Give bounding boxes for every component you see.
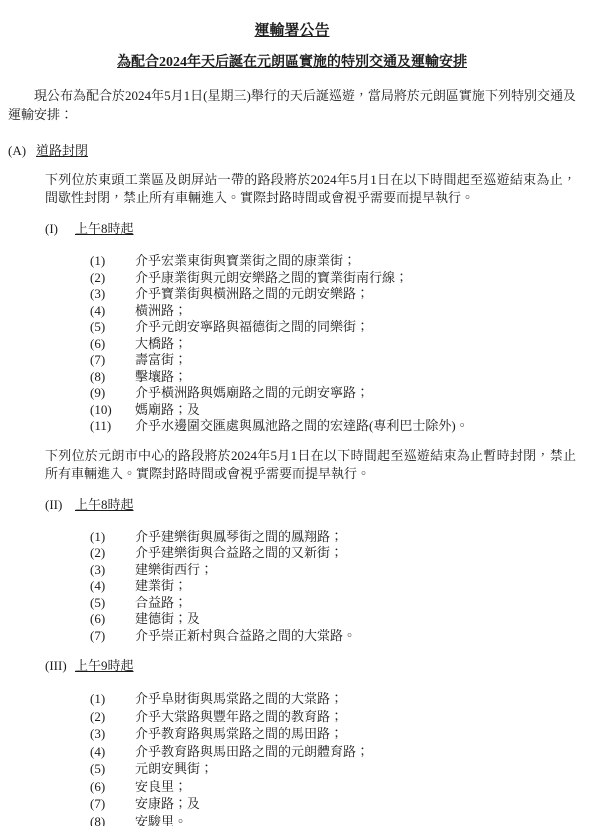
item-text: 介乎橫洲路與媽廟路之間的元朗安寧路； bbox=[135, 385, 576, 402]
item-number: (5) bbox=[90, 595, 135, 612]
item-text: 介乎水邊圍交匯處與鳳池路之間的宏達路(專利巴士除外)。 bbox=[135, 418, 576, 435]
item-number: (1) bbox=[90, 529, 135, 546]
item-text: 介乎大棠路與豐年路之間的教育路； bbox=[135, 708, 576, 726]
item-text: 建樂街西行； bbox=[135, 562, 576, 579]
road-item: (2)介乎康業街與元朗安樂路之間的寶業街南行線； bbox=[90, 270, 576, 287]
item-text: 介乎宏業東街與寶業街之間的康業街； bbox=[135, 253, 576, 270]
road-item: (9)介乎橫洲路與媽廟路之間的元朗安寧路； bbox=[90, 385, 576, 402]
road-item: (4)介乎教育路與馬田路之間的元朗體育路； bbox=[90, 743, 576, 761]
item-number: (4) bbox=[90, 743, 135, 761]
road-item: (6)建德街；及 bbox=[90, 611, 576, 628]
road-list-1: (1)介乎宏業東街與寶業街之間的康業街；(2)介乎康業街與元朗安樂路之間的寶業街… bbox=[90, 253, 576, 435]
item-number: (10) bbox=[90, 402, 135, 419]
road-item: (8)安駿里。 bbox=[90, 813, 576, 826]
item-number: (4) bbox=[90, 578, 135, 595]
road-item: (5)介乎元朗安寧路與福德街之間的同樂街； bbox=[90, 319, 576, 336]
item-text: 媽廟路；及 bbox=[135, 402, 576, 419]
notice-document: 運輸署公告 為配合2024年天后誕在元朗區實施的特別交通及運輸安排 現公布為配合… bbox=[0, 0, 590, 826]
subsection-1-header: (I)上午8時起 bbox=[45, 221, 576, 237]
item-text: 安駿里。 bbox=[135, 813, 576, 826]
item-number: (5) bbox=[90, 760, 135, 778]
road-closure-note-1: 下列位於東頭工業區及朗屏站一帶的路段將於2024年5月1日在以下時間起至巡遊結束… bbox=[45, 171, 576, 207]
item-text: 大橋路； bbox=[135, 336, 576, 353]
road-item: (3)建樂街西行； bbox=[90, 562, 576, 579]
road-item: (2)介乎建樂街與合益路之間的又新街； bbox=[90, 545, 576, 562]
item-number: (2) bbox=[90, 708, 135, 726]
road-item: (2)介乎大棠路與豐年路之間的教育路； bbox=[90, 708, 576, 726]
road-item: (7)安康路；及 bbox=[90, 795, 576, 813]
item-text: 介乎阜財街與馬棠路之間的大棠路； bbox=[135, 690, 576, 708]
item-text: 擊壤路； bbox=[135, 369, 576, 386]
item-text: 介乎教育路與馬棠路之間的馬田路； bbox=[135, 725, 576, 743]
road-item: (11)介乎水邊圍交匯處與鳳池路之間的宏達路(專利巴士除外)。 bbox=[90, 418, 576, 435]
item-number: (7) bbox=[90, 628, 135, 645]
road-item: (1)介乎宏業東街與寶業街之間的康業街； bbox=[90, 253, 576, 270]
item-number: (11) bbox=[90, 418, 135, 435]
road-item: (4)建業街； bbox=[90, 578, 576, 595]
item-number: (4) bbox=[90, 303, 135, 320]
item-text: 建業街； bbox=[135, 578, 576, 595]
item-number: (6) bbox=[90, 778, 135, 796]
section-a-label: (A) bbox=[8, 143, 36, 159]
item-number: (3) bbox=[90, 725, 135, 743]
page-title: 運輸署公告 bbox=[8, 22, 576, 41]
item-text: 元朗安興街； bbox=[135, 760, 576, 778]
item-number: (1) bbox=[90, 253, 135, 270]
road-item: (6)大橋路； bbox=[90, 336, 576, 353]
item-number: (2) bbox=[90, 545, 135, 562]
item-text: 介乎元朗安寧路與福德街之間的同樂街； bbox=[135, 319, 576, 336]
road-list-2: (1)介乎建樂街與鳳琴街之間的鳳翔路；(2)介乎建樂街與合益路之間的又新街；(3… bbox=[90, 529, 576, 645]
item-number: (2) bbox=[90, 270, 135, 287]
subsection-2-header: (II)上午8時起 bbox=[45, 497, 576, 513]
item-text: 介乎教育路與馬田路之間的元朗體育路； bbox=[135, 743, 576, 761]
item-number: (9) bbox=[90, 385, 135, 402]
road-item: (4)橫洲路； bbox=[90, 303, 576, 320]
section-a-header: (A)道路封閉 bbox=[8, 143, 576, 159]
subsection-2-label: (II) bbox=[45, 497, 75, 513]
item-text: 介乎寶業街與橫洲路之間的元朗安樂路； bbox=[135, 286, 576, 303]
road-item: (5)元朗安興街； bbox=[90, 760, 576, 778]
page-subtitle: 為配合2024年天后誕在元朗區實施的特別交通及運輸安排 bbox=[8, 55, 576, 71]
subsection-2-heading: 上午8時起 bbox=[75, 497, 134, 512]
road-item: (7)壽富街； bbox=[90, 352, 576, 369]
subsection-1-heading: 上午8時起 bbox=[75, 221, 134, 236]
item-text: 壽富街； bbox=[135, 352, 576, 369]
item-text: 介乎建樂街與鳳琴街之間的鳳翔路； bbox=[135, 529, 576, 546]
item-number: (3) bbox=[90, 562, 135, 579]
road-item: (3)介乎教育路與馬棠路之間的馬田路； bbox=[90, 725, 576, 743]
item-text: 建德街；及 bbox=[135, 611, 576, 628]
road-item: (1)介乎阜財街與馬棠路之間的大棠路； bbox=[90, 690, 576, 708]
road-item: (5)合益路； bbox=[90, 595, 576, 612]
road-item: (10)媽廟路；及 bbox=[90, 402, 576, 419]
subsection-3-header: (III)上午9時起 bbox=[45, 658, 576, 674]
subsection-3-label: (III) bbox=[45, 658, 75, 674]
road-item: (3)介乎寶業街與橫洲路之間的元朗安樂路； bbox=[90, 286, 576, 303]
subsection-3-heading: 上午9時起 bbox=[75, 658, 134, 673]
road-item: (6)安良里； bbox=[90, 778, 576, 796]
road-item: (8)擊壤路； bbox=[90, 369, 576, 386]
item-number: (8) bbox=[90, 813, 135, 826]
item-text: 介乎建樂街與合益路之間的又新街； bbox=[135, 545, 576, 562]
item-number: (7) bbox=[90, 795, 135, 813]
road-item: (7)介乎崇正新村與合益路之間的大棠路。 bbox=[90, 628, 576, 645]
item-text: 介乎康業街與元朗安樂路之間的寶業街南行線； bbox=[135, 270, 576, 287]
road-item: (1)介乎建樂街與鳳琴街之間的鳳翔路； bbox=[90, 529, 576, 546]
item-number: (8) bbox=[90, 369, 135, 386]
item-number: (1) bbox=[90, 690, 135, 708]
item-text: 橫洲路； bbox=[135, 303, 576, 320]
item-text: 合益路； bbox=[135, 595, 576, 612]
item-text: 安良里； bbox=[135, 778, 576, 796]
item-number: (3) bbox=[90, 286, 135, 303]
item-text: 介乎崇正新村與合益路之間的大棠路。 bbox=[135, 628, 576, 645]
item-text: 安康路；及 bbox=[135, 795, 576, 813]
item-number: (7) bbox=[90, 352, 135, 369]
section-a-heading: 道路封閉 bbox=[36, 143, 88, 158]
item-number: (5) bbox=[90, 319, 135, 336]
road-closure-note-2: 下列位於元朗市中心的路段將於2024年5月1日在以下時間起至巡遊結束為止暫時封閉… bbox=[45, 447, 576, 483]
item-number: (6) bbox=[90, 611, 135, 628]
road-list-3: (1)介乎阜財街與馬棠路之間的大棠路；(2)介乎大棠路與豐年路之間的教育路；(3… bbox=[90, 690, 576, 826]
intro-paragraph: 現公布為配合於2024年5月1日(星期三)舉行的天后誕巡遊，當局將於元朗區實施下… bbox=[8, 86, 576, 124]
subsection-1-label: (I) bbox=[45, 221, 75, 237]
item-number: (6) bbox=[90, 336, 135, 353]
